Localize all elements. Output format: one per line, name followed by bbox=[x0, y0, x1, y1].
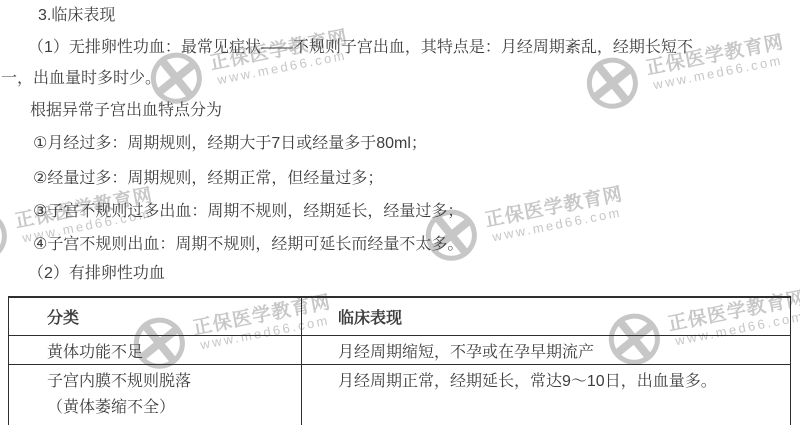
text-line: ③子宫不规则过多出血：周期不规则，经期延长，经量过多； bbox=[33, 201, 463, 223]
table-row: 子宫内膜不规则脱落 （黄体萎缩不全）月经周期正常，经期延长，常达9～10日，出血… bbox=[9, 365, 791, 425]
table-header: 分类临床表现 bbox=[9, 297, 791, 336]
text-line: ④子宫不规则出血：周期不规则，经期可延长而经量不太多。 bbox=[33, 234, 463, 256]
table-row: 黄体功能不足月经周期缩短，不孕或在孕早期流产 bbox=[9, 336, 791, 365]
clinical-manifestation-table: 分类临床表现 黄体功能不足月经周期缩短，不孕或在孕早期流产子宫内膜不规则脱落 （… bbox=[8, 296, 791, 425]
table-header-cell: 分类 bbox=[9, 297, 302, 336]
table-header-cell: 临床表现 bbox=[302, 297, 791, 336]
table-body: 黄体功能不足月经周期缩短，不孕或在孕早期流产子宫内膜不规则脱落 （黄体萎缩不全）… bbox=[9, 336, 791, 425]
manifestation-cell: 月经周期缩短，不孕或在孕早期流产 bbox=[302, 336, 791, 365]
text-line: 根据异常子宫出血特点分为 bbox=[30, 100, 222, 122]
text-line: ②经量过多：周期规则，经期正常，但经量过多； bbox=[33, 168, 383, 190]
text-line: 3.临床表现 bbox=[38, 5, 115, 27]
manifestation-cell: 月经周期正常，经期延长，常达9～10日，出血量多。 bbox=[302, 365, 791, 425]
document-page: { "page": { "background": "#ffffff", "te… bbox=[0, 0, 800, 425]
category-cell: 子宫内膜不规则脱落 （黄体萎缩不全） bbox=[9, 365, 302, 425]
text-line: 一，出血量时多时少。 bbox=[1, 68, 161, 90]
text-line: （1）无排卵性功血：最常见症状——不规则子宫出血，其特点是：月经周期紊乱，经期长… bbox=[28, 37, 693, 59]
category-cell: 黄体功能不足 bbox=[9, 336, 302, 365]
text-line: ①月经过多：周期规则，经期大于7日或经量多于80ml； bbox=[33, 133, 427, 155]
text-line: （2）有排卵性功血 bbox=[28, 263, 165, 285]
